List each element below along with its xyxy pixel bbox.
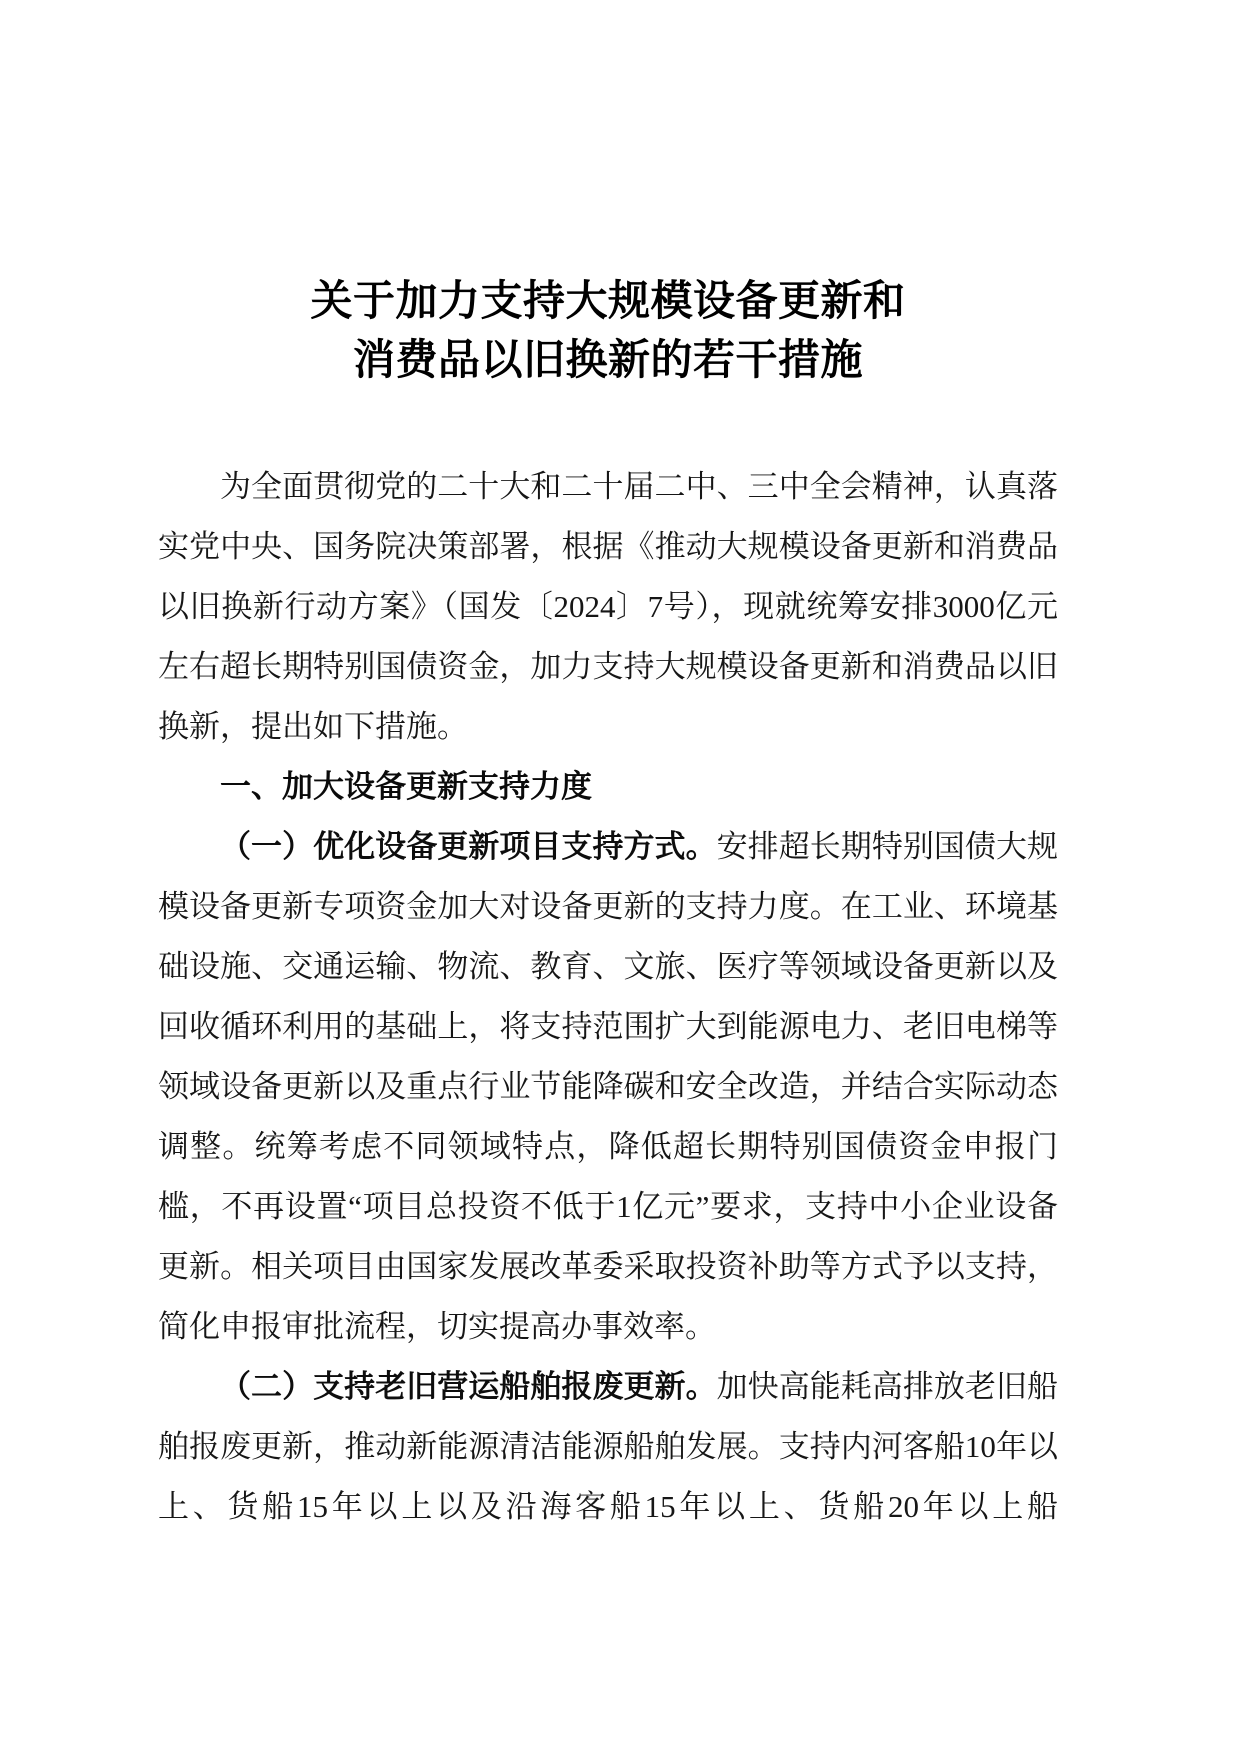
title-line-1: 关于加力支持大规模设备更新和 [158,273,1058,332]
item-lead: （一）优化设备更新项目支持方式。 [220,829,717,864]
body-paragraph: 为全面贯彻党的二十大和二十届二中、三中全会精神，认真落实党中央、国务院决策部署，… [158,457,1058,757]
document-content: 关于加力支持大规模设备更新和 消费品以旧换新的若干措施 为全面贯彻党的二十大和二… [158,273,1058,1537]
document-body: 为全面贯彻党的二十大和二十届二中、三中全会精神，认真落实党中央、国务院决策部署，… [158,457,1058,1537]
document-title: 关于加力支持大规模设备更新和 消费品以旧换新的若干措施 [158,273,1058,391]
section-heading: 一、加大设备更新支持力度 [158,757,1058,817]
title-line-2: 消费品以旧换新的若干措施 [158,332,1058,391]
item-paragraph: （二）支持老旧营运船舶报废更新。加快高能耗高排放老旧船舶报废更新，推动新能源清洁… [158,1357,1058,1537]
document-page: 关于加力支持大规模设备更新和 消费品以旧换新的若干措施 为全面贯彻党的二十大和二… [0,0,1240,1753]
item-paragraph: （一）优化设备更新项目支持方式。安排超长期特别国债大规模设备更新专项资金加大对设… [158,817,1058,1357]
item-lead: （二）支持老旧营运船舶报废更新。 [220,1369,717,1404]
